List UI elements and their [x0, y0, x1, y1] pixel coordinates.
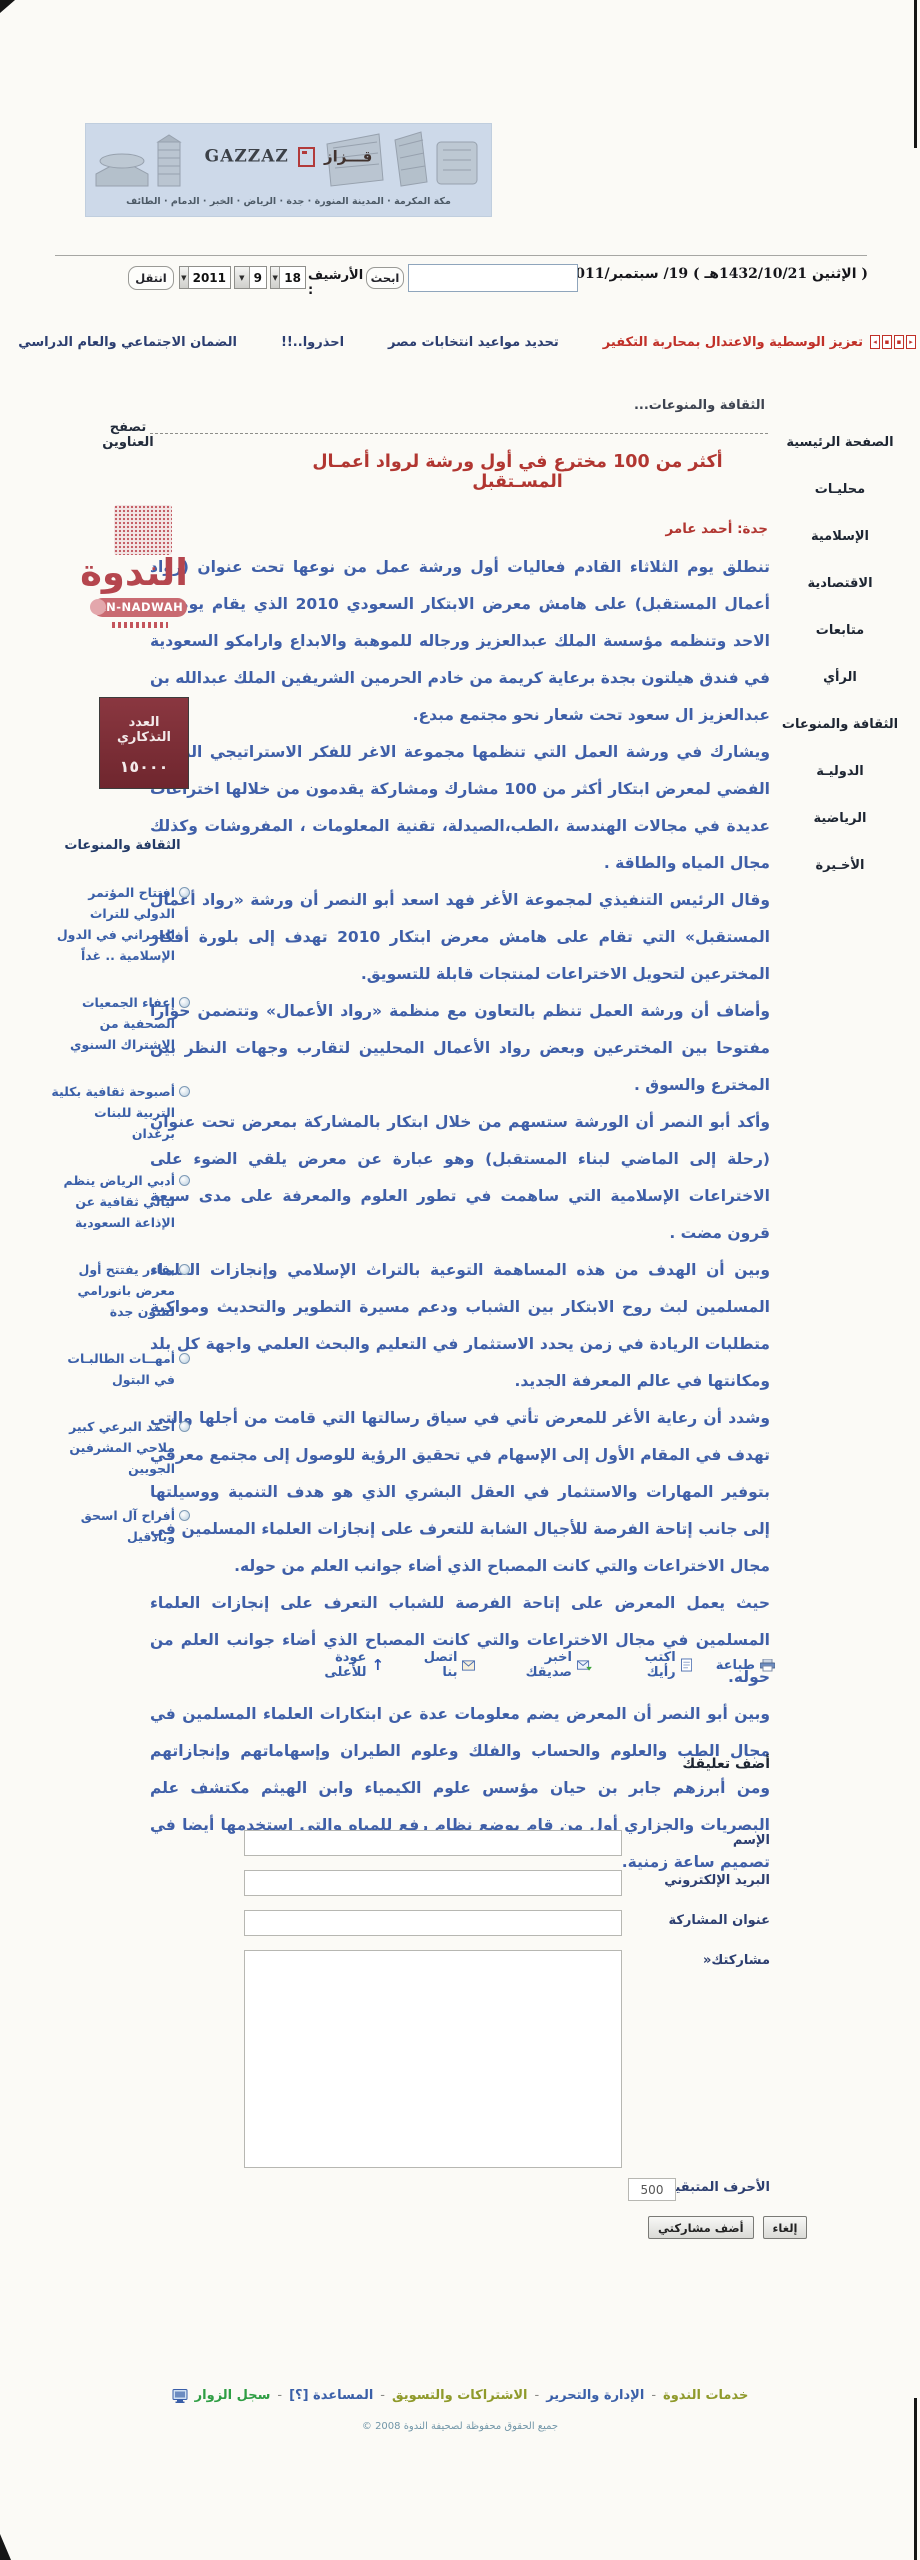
headline-link-label: بقادر يفتتح أول معرض بانورامي لفنون جدة [77, 1262, 175, 1319]
archive-year-value: 2011 [189, 267, 230, 288]
email-label: البريد الإلكتروني [664, 1873, 770, 1888]
sidebar-item-opinion[interactable]: الرأي [765, 665, 915, 691]
news-ticker: ◂ ▪ ▪ ▸ تعزيز الوسطية والاعتدال بمحاربة … [0, 330, 916, 354]
sidebar-item-islamic[interactable]: الإسلامية [765, 524, 915, 550]
bullet-icon [179, 997, 190, 1008]
gazzaz-ad-banner[interactable]: GAZZAZ قـــزاز مكة المكرمة · المدينة الم… [85, 123, 492, 217]
browse-headlines-link[interactable]: تصفح العناوين [86, 420, 170, 450]
print-button[interactable]: طباعة [716, 1658, 775, 1673]
back-to-top-button[interactable]: ↑ عودة للأعلى [295, 1650, 384, 1680]
pause-icon[interactable]: ▪ [882, 335, 892, 349]
submit-comment-button[interactable]: أضف مشاركتي [648, 2216, 754, 2239]
annadwah-logo[interactable]: الندوة AN-NADWAH [92, 505, 188, 628]
sidebar-item-culture[interactable]: الثقافة والمنوعات [765, 712, 915, 738]
bullet-icon [179, 1353, 190, 1364]
headline-link-label: إعفاء الجمعيات الصحفية من الاشتراك السنو… [70, 995, 175, 1052]
article-title: أكثر من 100 مخترع في أول ورشة لرواد أعمـ… [285, 452, 750, 492]
footer-link-administration[interactable]: الإدارة والتحرير [546, 2388, 644, 2403]
prev-icon[interactable]: ◂ [870, 335, 880, 349]
bullet-icon [179, 1175, 190, 1186]
archive-day-value: 18 [280, 267, 305, 288]
name-label: الإسم [733, 1833, 770, 1848]
article-paragraph: وقال الرئيس التنفيذي لمجموعة الأغر فهد ا… [150, 882, 770, 993]
tell-friend-button[interactable]: اخبر صديقك [499, 1650, 591, 1680]
sidebar-item-international[interactable]: الدوليـة [765, 759, 915, 785]
headline-link[interactable]: أفراح آل اسحق وبادقيل [50, 1505, 190, 1547]
sidebar-item-lastpage[interactable]: الأخـيرة [765, 853, 915, 879]
logo-wordmark-ar: الندوة [92, 553, 188, 593]
contact-mail-icon [462, 1660, 475, 1671]
bullet-icon [179, 1264, 190, 1275]
write-opinion-icon [681, 1658, 692, 1672]
next-icon[interactable]: ▸ [906, 335, 916, 349]
pause-icon[interactable]: ▪ [894, 335, 904, 349]
dropdown-arrow-icon: ▼ [180, 267, 189, 288]
article-body: تنطلق يوم الثلاثاء القادم فعاليات أول ور… [150, 549, 770, 1881]
sidebar-item-local[interactable]: محليـات [765, 477, 915, 503]
logo-tagline-decoration [112, 622, 168, 628]
logo-speckle-art [114, 505, 172, 555]
article-paragraph: وشدد أن رعاية الأغر للمعرض تأتي في سياق … [150, 1400, 770, 1585]
subject-field[interactable] [244, 1910, 622, 1936]
contact-us-button[interactable]: اتصل بنا [408, 1650, 475, 1680]
gazzaz-brand: GAZZAZ قـــزاز [86, 146, 491, 167]
headline-link[interactable]: أحمد البرعي كبير ملاحي المشرفين الجويين [50, 1416, 190, 1479]
headline-link[interactable]: بقادر يفتتح أول معرض بانورامي لفنون جدة [50, 1259, 190, 1322]
comment-body-label: مشاركتك« [703, 1953, 770, 1968]
ticker-headline[interactable]: تحديد مواعيد انتخابات مصر [388, 335, 559, 350]
write-opinion-label: اكتب رأيك [616, 1650, 676, 1680]
footer-separator: - [535, 2388, 540, 2403]
headline-link-label: أصبوحة ثقافية بكلية التربية للبنات برغدا… [51, 1084, 175, 1141]
chars-remaining-counter [628, 2178, 676, 2201]
footer-separator: - [651, 2388, 656, 2403]
footer-link-guestbook[interactable]: سجل الزوار [195, 2388, 271, 2403]
comment-body-field[interactable] [244, 1950, 622, 2168]
article-toolbar: طباعة اكتب رأيك اخبر صديقك اتصل بنا [295, 1650, 775, 1680]
bullet-icon [179, 1421, 190, 1432]
footer-separator: - [380, 2388, 385, 2403]
headline-link[interactable]: أدبي الرياض ينظم ليالي ثقافية عن الإذاعة… [50, 1170, 190, 1233]
sidebar-item-followups[interactable]: متابعات [765, 618, 915, 644]
section-nav: الصفحة الرئيسية محليـات الإسلامية الاقتص… [765, 430, 915, 900]
scan-artifact [914, 0, 917, 148]
archive-day-select[interactable]: ▼ 18 [270, 266, 306, 289]
footer-links: خدمات الندوة - الإدارة والتحرير - الاشتر… [0, 2388, 920, 2403]
archive-go-button[interactable]: انتقل [128, 266, 174, 290]
article-paragraph: ويشارك في ورشة العمل التي تنظمها مجموعة … [150, 734, 770, 882]
gazzaz-wordmark-ar: قـــزاز [324, 148, 372, 166]
search-button[interactable]: ابحث [366, 267, 404, 289]
footer-link-help[interactable]: المساعدة [؟] [289, 2388, 373, 2403]
archive-month-value: 9 [250, 267, 266, 288]
headline-link-label: أحمد البرعي كبير ملاحي المشرفين الجويين [69, 1419, 175, 1476]
commemorative-issue-box[interactable]: العدد التذكاري ١٥٠٠٠ [99, 697, 189, 789]
write-opinion-button[interactable]: اكتب رأيك [616, 1650, 692, 1680]
name-field[interactable] [244, 1830, 622, 1856]
footer-separator: - [277, 2388, 282, 2403]
headline-link-label: افتتاح المؤتمر الدولي للتراث العمراني في… [57, 885, 175, 963]
article-paragraph: وأضاف أن ورشة العمل تنظم بالتعاون مع منظ… [150, 993, 770, 1104]
article-paragraph: وبين أن الهدف من هذه المساهمة التوعية با… [150, 1252, 770, 1400]
archive-month-select[interactable]: ▼ 9 [234, 266, 267, 289]
printer-icon [760, 1659, 775, 1672]
headline-link[interactable]: أصبوحة ثقافية بكلية التربية للبنات برغدا… [50, 1081, 190, 1144]
headline-link[interactable]: أمهــات الطالبـات في البتول [50, 1348, 190, 1390]
article-paragraph: تنطلق يوم الثلاثاء القادم فعاليات أول ور… [150, 549, 770, 734]
up-arrow-icon: ↑ [371, 1656, 384, 1674]
issue-box-title: العدد التذكاري [100, 715, 188, 745]
headline-link-label: أدبي الرياض ينظم ليالي ثقافية عن الإذاعة… [64, 1173, 175, 1230]
back-to-top-label: عودة للأعلى [295, 1650, 366, 1680]
bullet-icon [179, 1510, 190, 1521]
section-headlines-list: افتتاح المؤتمر الدولي للتراث العمراني في… [50, 882, 190, 1573]
bullet-icon [179, 887, 190, 898]
dropdown-arrow-icon: ▼ [271, 267, 280, 288]
footer-link-subscriptions[interactable]: الاشتراكات والتسويق [392, 2388, 528, 2403]
ticker-headline[interactable]: احذروا..!! [281, 335, 344, 350]
gazzaz-wordmark-en: GAZZAZ [205, 147, 289, 167]
ticker-headline[interactable]: الضمان الاجتماعي والعام الدراسي [18, 335, 237, 350]
headline-link[interactable]: افتتاح المؤتمر الدولي للتراث العمراني في… [50, 882, 190, 966]
headline-link[interactable]: إعفاء الجمعيات الصحفية من الاشتراك السنو… [50, 992, 190, 1055]
tell-friend-label: اخبر صديقك [499, 1650, 572, 1680]
headline-link-label: أمهــات الطالبـات في البتول [67, 1351, 175, 1387]
archive-label: الأرشيف : [308, 268, 364, 298]
subject-label: عنوان المشاركة [668, 1913, 770, 1928]
scan-artifact [0, 2534, 11, 2560]
ticker-controls: ◂ ▪ ▪ ▸ [870, 335, 916, 349]
bullet-icon [179, 1086, 190, 1097]
add-comment-title: أضف تعليقك [682, 1756, 770, 1772]
copyright-text: جميع الحقوق محفوظة لصحيفة الندوة 2008 © [0, 2421, 920, 2432]
footer-link-services[interactable]: خدمات الندوة [663, 2388, 748, 2403]
dropdown-arrow-icon: ▼ [235, 267, 250, 288]
tell-friend-icon [577, 1659, 592, 1672]
print-label: طباعة [716, 1658, 755, 1673]
archive-year-select[interactable]: ▼ 2011 [179, 266, 231, 289]
breadcrumb-divider [150, 433, 768, 434]
newspaper-page: GAZZAZ قـــزاز مكة المكرمة · المدينة الم… [0, 0, 920, 2560]
sidebar-item-sports[interactable]: الرياضية [765, 806, 915, 832]
search-input[interactable] [408, 264, 578, 292]
breadcrumb[interactable]: الثقافة والمنوعات... [634, 398, 765, 413]
article-byline: جدة: أحمد عامر [665, 521, 768, 537]
form-buttons: أضف مشاركتي إلغاء [648, 2216, 807, 2239]
sidebar-item-economy[interactable]: الاقتصادية [765, 571, 915, 597]
sidebar-item-home[interactable]: الصفحة الرئيسية [765, 430, 915, 456]
gazzaz-logo-mark [298, 147, 315, 167]
article-paragraph: وأكد أبو النصر أن الورشة ستسهم من خلال ا… [150, 1104, 770, 1252]
logo-wordmark-en: AN-NADWAH [93, 598, 187, 617]
monitor-icon [172, 2389, 188, 2403]
email-field[interactable] [244, 1870, 622, 1896]
gazzaz-branch-cities: مكة المكرمة · المدينة المنورة · جدة · ال… [86, 196, 491, 207]
contact-us-label: اتصل بنا [408, 1650, 457, 1680]
header-divider [55, 255, 867, 256]
issue-box-number: ١٥٠٠٠ [100, 757, 188, 776]
ticker-headline-active[interactable]: تعزيز الوسطية والاعتدال بمحاربة التكفير [603, 335, 863, 350]
section-headlines-title: الثقافة والمنوعات [55, 838, 190, 853]
scan-artifact [0, 0, 15, 13]
cancel-button[interactable]: إلغاء [763, 2216, 808, 2239]
headline-link-label: أفراح آل اسحق وبادقيل [81, 1508, 175, 1544]
chars-remaining-label: الأحرف المتبقية [668, 2180, 770, 2195]
